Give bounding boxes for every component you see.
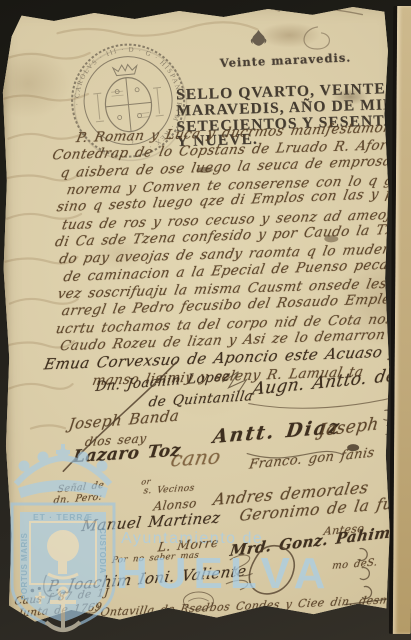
page-stains [0,0,407,636]
signature-franco: Franco. gon fanis [248,445,375,472]
signature-joseph-banda-2: dios seay [84,431,148,449]
manuscript-line: P. Roman y Luca y ducrmos manifestamon q… [75,118,411,146]
signature-geronimo: Geronimo de la fuente [238,492,411,525]
note-vecino-2: s. Vecinos [143,483,196,496]
manuscript-line: Emua Corvexsuo de Aponcio este Acuaso y … [43,341,411,373]
stamp-line: SELLO QVARTO, VEINTE [176,80,386,104]
manuscript-line: q aisbera de ose luego la seuca de empro… [59,152,410,181]
manuscript-line: de caminacion a la Epecial de Puenso pec… [62,255,411,285]
stamp-header: Veinte maravedis. [220,50,352,70]
manuscript-line: vez soscrifuaju la misma Causmt onsede l… [56,276,388,302]
fleuron-ornament-icon [249,29,267,47]
signature-lazaro-2: cano [169,444,223,471]
note-por-no-saber: Por no saber mas [112,550,200,565]
signature-manuel-martinez: Manuel Martinez [80,508,221,535]
note-caus: Caus f 87 de 1J [14,586,110,607]
document-page: · CAROLVS · III · D · G · HISPANIARVM · … [0,0,407,636]
manuscript-line: Contedrap de lo Copstans de Lruado R. Af… [51,135,411,163]
reverse-bleedthrough [0,0,411,640]
manuscript-line: Caudo Rozeu de lizan y Asi ze lo demarro… [59,326,408,354]
manuscript-line: tuas de ros y roso cecuso y seonz ad ame… [61,205,411,233]
manuscript-line: arregl le Pedro fecusibo del Rosaudo Emp… [60,291,400,319]
signature-alba: Augn. Antto. de Alba [251,361,411,400]
signature-geronimo-2: Anteso [323,522,365,538]
signature-valiente: P. Joachim Ioni. Valiente [47,562,248,596]
signature-joachin-lopez-2: de Quintanilla [148,388,255,411]
signature-morre: L. Morre [157,534,220,554]
manuscript-line: norema y Comven te conserense con lo q g… [65,172,411,199]
signature-joseph-banda: Joseph Banda [68,406,181,433]
ink-flourishes [0,0,411,640]
seal-legend: · CAROLVS · III · D · G · HISPANIARVM · … [68,41,188,159]
footer-line: Ontavilla de Rsedbos Condes y Ciee din. … [99,592,411,619]
signature-andres: Andres demorales [212,478,370,510]
signature-mrd-gonz-2: mo deS. [331,557,378,572]
manuscript-line: di Ca sde Tzena confesido y por Caudo la… [54,220,411,251]
note-vecino-1: or [141,477,152,487]
note-senal: Señal de [57,480,105,496]
stamp-line: MARAVEDIS, AÑO DE MIL [176,96,395,120]
svg-text:· CAROLVS · III · D · G · HISP: · CAROLVS · III · D · G · HISPANIARVM · … [68,41,188,159]
manuscript-line: sino q sesto luego qze di Emplos con las… [56,184,411,215]
stamp-line: SETECIENTOS Y SESENTA [176,112,396,137]
shield-icon [103,76,154,134]
manuscript-line: ucrtu tochamos ta del corpo nid de Cota … [54,310,411,337]
note-senal-2: dn. Pero: [53,491,103,506]
royal-tax-seal: · CAROLVS · III · D · G · HISPANIARVM · … [60,33,195,168]
manuscript-line: do pay aveojas de sandy raomta q lo mude… [58,240,411,267]
stamp-line: Y NUEVE. [176,131,258,151]
signature-joachin-lopez: Dn. Joachin Lopez [95,368,232,395]
signature-antt-diaz: Antt. Diaz [212,416,343,448]
signature-alonso: Alonso [153,496,198,514]
signature-mrd-gonz: Mrd. Gonz. Pahimm [229,521,408,560]
signature-lazaro: Lazaro Toz [72,440,182,467]
manuscript-line: manso lisimiy y seleny R. Lamual ta [91,364,365,389]
photo-background: · CAROLVS · III · D · G · HISPANIARVM · … [0,0,411,640]
note-junta-1769: Junta de 1769 [18,601,103,620]
crown-icon [113,64,138,76]
adjacent-page-edge [389,6,411,634]
pillars-icon [93,87,163,121]
